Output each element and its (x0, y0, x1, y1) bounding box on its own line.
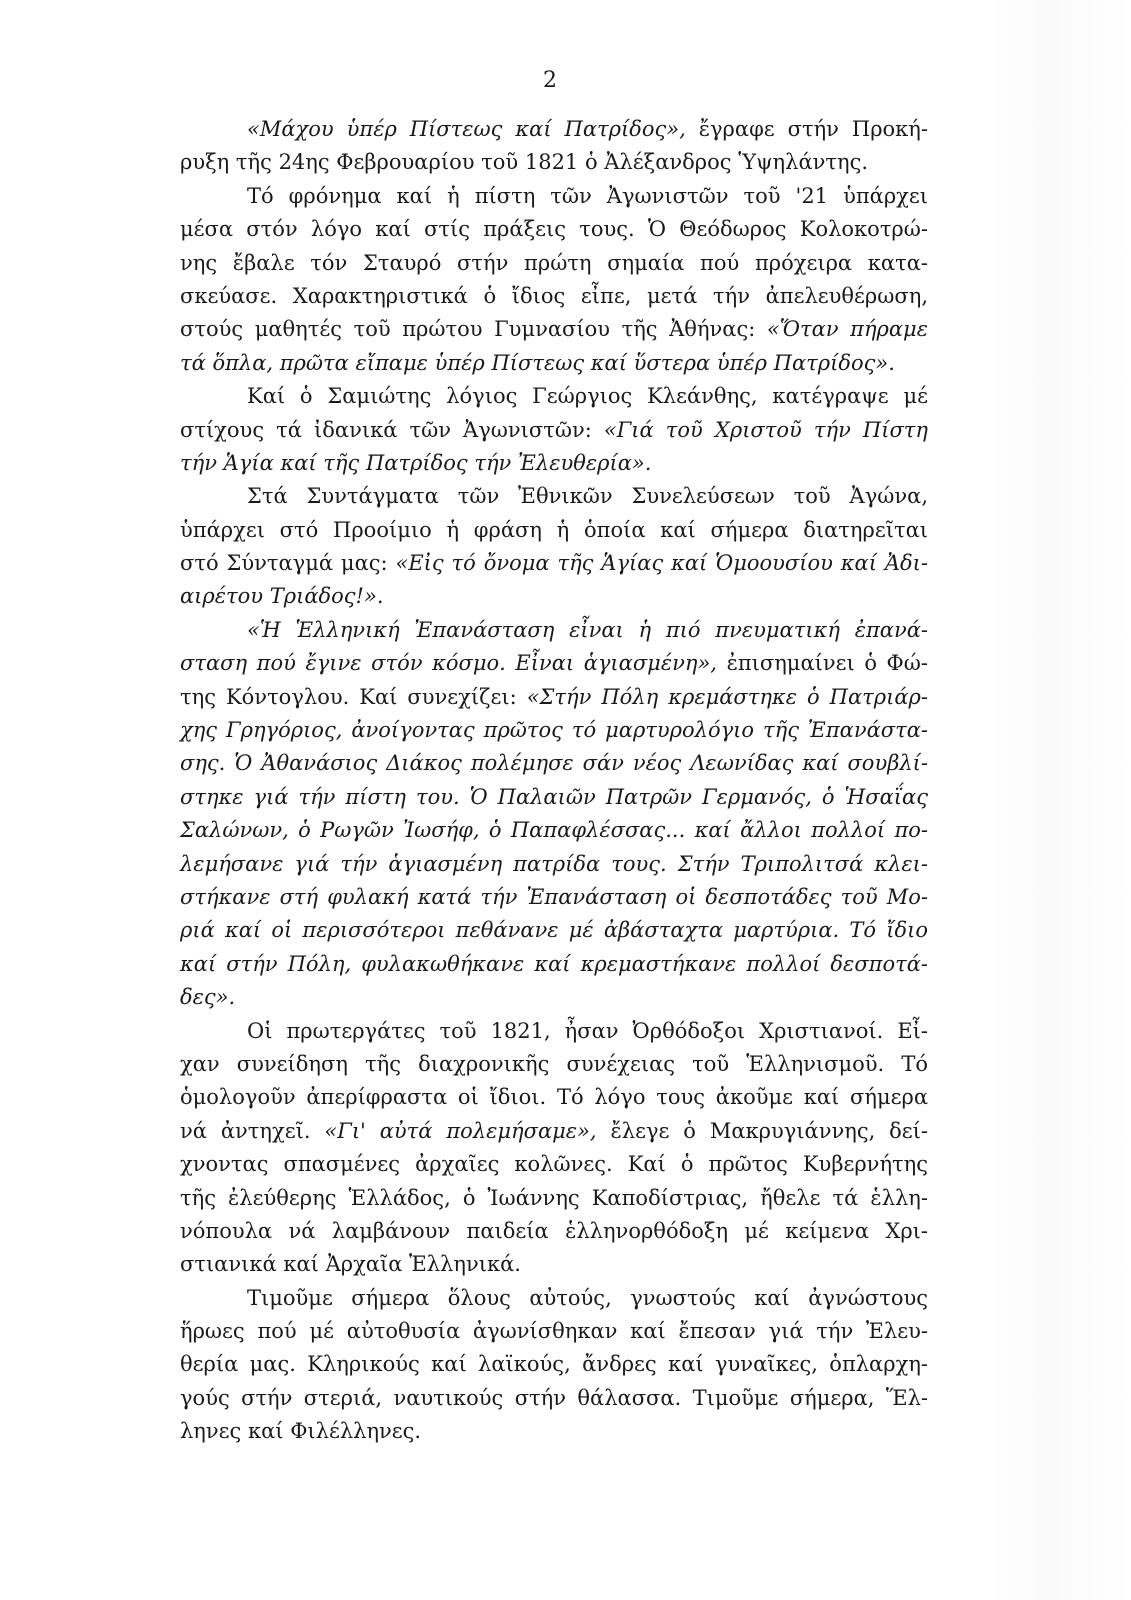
text-line: στό Σύνταγμά μας: «Εἰς τό ὄνομα τῆς Ἁγία… (180, 547, 928, 580)
body-text: νης ἔβαλε τόν Σταυρό στήν πρώτη σημαία π… (180, 251, 928, 275)
text-line: αιρέτου Τριάδος!». (180, 580, 928, 613)
text-line: στήκανε στή φυλακή κατά τήν Ἐπανάσταση ο… (180, 881, 928, 914)
quote-text: «Γιά τοῦ Χριστοῦ τήν Πίστη (604, 418, 928, 442)
quote-text: τήν Ἁγία καί τῆς Πατρίδος τήν Ἐλευθερία»… (180, 451, 651, 475)
paragraph: «Μάχου ὑπέρ Πίστεως καί Πατρίδος», ἔγραφ… (180, 113, 928, 180)
text-line: σταση πού ἔγινε στόν κόσμο. Εἶναι ἁγιασμ… (180, 647, 928, 680)
text-line: σης. Ὁ Ἀθανάσιος Διάκος πολέμησε σάν νέο… (180, 747, 928, 780)
text-line: Καί ὁ Σαμιώτης λόγιος Γεώργιος Κλεάνθης,… (180, 380, 928, 413)
body-text: ὑπάρχει στό Προοίμιο ἡ φράση ἡ ὁποία καί… (180, 518, 928, 542)
body-text: θερία μας. Κληρικούς καί λαϊκούς, ἄνδρες… (180, 1352, 928, 1376)
text-line: χαν συνείδηση τῆς διαχρονικῆς συνέχειας … (180, 1048, 928, 1081)
body-text: τῆς ἐλεύθερης Ἑλλάδος, ὁ Ἰωάννης Καποδίσ… (180, 1186, 928, 1210)
text-line: σκεύασε. Χαρακτηριστικά ὁ ἴδιος εἶπε, με… (180, 280, 928, 313)
paragraph: Οἱ πρωτεργάτες τοῦ 1821, ἦσαν Ὀρθόδοξοι … (180, 1015, 928, 1282)
text-line: ληνες καί Φιλέλληνες. (180, 1415, 928, 1448)
text-line: χνοντας σπασμένες ἀρχαῖες κολῶνες. Καί ὁ… (180, 1148, 928, 1181)
paragraph: Τιμοῦμε σήμερα ὅλους αὐτούς, γνωστούς κα… (180, 1282, 928, 1449)
body-text: ληνες καί Φιλέλληνες. (180, 1419, 421, 1443)
quote-text: σης. Ὁ Ἀθανάσιος Διάκος πολέμησε σάν νέο… (180, 751, 928, 775)
text-line: ὑπάρχει στό Προοίμιο ἡ φράση ἡ ὁποία καί… (180, 514, 928, 547)
body-text: της Κόντογλου. Καί συνεχίζει: (180, 685, 527, 709)
quote-text: χης Γρηγόριος, ἀνοίγοντας πρῶτος τό μαρτ… (180, 718, 928, 742)
body-text: νόπουλα νά λαμβάνουν παιδεία ἑλληνορθόδο… (180, 1219, 928, 1243)
text-line: ριά καί οἱ περισσότεροι πεθάνανε μέ ἀβάσ… (180, 914, 928, 947)
quote-text: «Ἡ Ἑλληνική Ἐπανάσταση εἶναι ἡ πιό πνευμ… (247, 618, 928, 642)
text-line: καί στήν Πόλη, φυλακωθήκανε καί κρεμαστή… (180, 948, 928, 981)
body-text: χαν συνείδηση τῆς διαχρονικῆς συνέχειας … (180, 1052, 928, 1076)
body-text: στό Σύνταγμά μας: (180, 551, 395, 575)
quote-text: δες». (180, 985, 235, 1009)
text-line: τῆς ἐλεύθερης Ἑλλάδος, ὁ Ἰωάννης Καποδίσ… (180, 1182, 928, 1215)
body-text: Οἱ πρωτεργάτες τοῦ 1821, ἦσαν Ὀρθόδοξοι … (247, 1019, 928, 1043)
document-body: «Μάχου ὑπέρ Πίστεως καί Πατρίδος», ἔγραφ… (180, 113, 928, 1449)
body-text: ἐπισημαίνει ὁ Φώ- (717, 651, 928, 675)
quote-text: «Ὅταν πήραμε (767, 317, 928, 341)
quote-text: «Εἰς τό ὄνομα τῆς Ἁγίας καί Ὁμοουσίου κα… (395, 551, 928, 575)
text-line: λεμήσανε γιά τήν ἁγιασμένη πατρίδα τους.… (180, 848, 928, 881)
text-line: στίχους τά ἰδανικά τῶν Ἀγωνιστῶν: «Γιά τ… (180, 414, 928, 447)
page-number: 2 (0, 66, 1100, 96)
text-line: χης Γρηγόριος, ἀνοίγοντας πρῶτος τό μαρτ… (180, 714, 928, 747)
text-line: Τό φρόνημα καί ἡ πίστη τῶν Ἀγωνιστῶν τοῦ… (180, 180, 928, 213)
text-line: ἥρωες πού μέ αὐτοθυσία ἀγωνίσθηκαν καί ἔ… (180, 1315, 928, 1348)
text-line: νης ἔβαλε τόν Σταυρό στήν πρώτη σημαία π… (180, 247, 928, 280)
text-line: νά ἀντηχεῖ. «Γι' αὐτά πολεμήσαμε», ἔλεγε… (180, 1115, 928, 1148)
quote-text: στηκε γιά τήν πίστη του. Ὁ Παλαιῶν Πατρῶ… (180, 785, 928, 809)
quote-text: «Γι' αὐτά πολεμήσαμε», (324, 1119, 596, 1143)
quote-text: σταση πού ἔγινε στόν κόσμο. Εἶναι ἁγιασμ… (180, 651, 717, 675)
text-line: νόπουλα νά λαμβάνουν παιδεία ἑλληνορθόδο… (180, 1215, 928, 1248)
text-line: Στά Συντάγματα τῶν Ἐθνικῶν Συνελεύσεων τ… (180, 480, 928, 513)
text-line: ὁμολογοῦν ἀπερίφραστα οἱ ἴδιοι. Τό λόγο … (180, 1081, 928, 1114)
quote-text: τά ὅπλα, πρῶτα εἴπαμε ὑπέρ Πίστεως καί ὕ… (180, 351, 895, 375)
body-text: χνοντας σπασμένες ἀρχαῖες κολῶνες. Καί ὁ… (180, 1152, 928, 1176)
body-text: ἥρωες πού μέ αὐτοθυσία ἀγωνίσθηκαν καί ἔ… (180, 1319, 928, 1343)
body-text: Τό φρόνημα καί ἡ πίστη τῶν Ἀγωνιστῶν τοῦ… (247, 184, 928, 208)
quote-text: στήκανε στή φυλακή κατά τήν Ἐπανάσταση ο… (180, 885, 928, 909)
body-text: ἔλεγε ὁ Μακρυγιάννης, δεί- (597, 1119, 928, 1143)
text-line: «Μάχου ὑπέρ Πίστεως καί Πατρίδος», ἔγραφ… (180, 113, 928, 146)
body-text: στιανικά καί Ἀρχαῖα Ἑλληνικά. (180, 1252, 521, 1276)
scan-shading (991, 0, 1131, 1600)
text-line: μέσα στόν λόγο καί στίς πράξεις τους. Ὁ … (180, 213, 928, 246)
body-text: ρυξη τῆς 24ης Φεβρουαρίου τοῦ 1821 ὁ Ἀλέ… (180, 150, 868, 174)
text-line: γούς στήν στεριά, ναυτικούς στήν θάλασσα… (180, 1382, 928, 1415)
body-text: Στά Συντάγματα τῶν Ἐθνικῶν Συνελεύσεων τ… (247, 484, 928, 508)
body-text: γούς στήν στεριά, ναυτικούς στήν θάλασσα… (180, 1386, 928, 1410)
body-text: νά ἀντηχεῖ. (180, 1119, 324, 1143)
quote-text: λεμήσανε γιά τήν ἁγιασμένη πατρίδα τους.… (180, 852, 928, 876)
text-line: της Κόντογλου. Καί συνεχίζει: «Στήν Πόλη… (180, 681, 928, 714)
body-text: ὁμολογοῦν ἀπερίφραστα οἱ ἴδιοι. Τό λόγο … (180, 1085, 928, 1109)
text-line: στηκε γιά τήν πίστη του. Ὁ Παλαιῶν Πατρῶ… (180, 781, 928, 814)
text-line: θερία μας. Κληρικούς καί λαϊκούς, ἄνδρες… (180, 1348, 928, 1381)
text-line: «Ἡ Ἑλληνική Ἐπανάσταση εἶναι ἡ πιό πνευμ… (180, 614, 928, 647)
quote-text: Σαλώνων, ὁ Ρωγῶν Ἰωσήφ, ὁ Παπαφλέσσας...… (180, 818, 928, 842)
paragraph: Στά Συντάγματα τῶν Ἐθνικῶν Συνελεύσεων τ… (180, 480, 928, 614)
quote-text: «Μάχου ὑπέρ Πίστεως καί Πατρίδος», (247, 117, 686, 141)
quote-text: «Στήν Πόλη κρεμάστηκε ὁ Πατριάρ- (527, 685, 928, 709)
body-text: στίχους τά ἰδανικά τῶν Ἀγωνιστῶν: (180, 418, 604, 442)
text-line: Σαλώνων, ὁ Ρωγῶν Ἰωσήφ, ὁ Παπαφλέσσας...… (180, 814, 928, 847)
paragraph: «Ἡ Ἑλληνική Ἐπανάσταση εἶναι ἡ πιό πνευμ… (180, 614, 928, 1015)
body-text: μέσα στόν λόγο καί στίς πράξεις τους. Ὁ … (180, 217, 928, 241)
text-line: Τιμοῦμε σήμερα ὅλους αὐτούς, γνωστούς κα… (180, 1282, 928, 1315)
body-text: Τιμοῦμε σήμερα ὅλους αὐτούς, γνωστούς κα… (247, 1286, 928, 1310)
body-text: σκεύασε. Χαρακτηριστικά ὁ ἴδιος εἶπε, με… (180, 284, 928, 308)
text-line: ρυξη τῆς 24ης Φεβρουαρίου τοῦ 1821 ὁ Ἀλέ… (180, 146, 928, 179)
quote-text: ριά καί οἱ περισσότεροι πεθάνανε μέ ἀβάσ… (180, 918, 928, 942)
paragraph: Καί ὁ Σαμιώτης λόγιος Γεώργιος Κλεάνθης,… (180, 380, 928, 480)
text-line: στούς μαθητές τοῦ πρώτου Γυμνασίου τῆς Ἀ… (180, 313, 928, 346)
body-text: στούς μαθητές τοῦ πρώτου Γυμνασίου τῆς Ἀ… (180, 317, 767, 341)
text-line: δες». (180, 981, 928, 1014)
body-text: ἔγραφε στήν Προκή- (686, 117, 928, 141)
text-line: τά ὅπλα, πρῶτα εἴπαμε ὑπέρ Πίστεως καί ὕ… (180, 347, 928, 380)
quote-text: αιρέτου Τριάδος!». (180, 584, 384, 608)
text-line: τήν Ἁγία καί τῆς Πατρίδος τήν Ἐλευθερία»… (180, 447, 928, 480)
body-text: Καί ὁ Σαμιώτης λόγιος Γεώργιος Κλεάνθης,… (247, 384, 928, 408)
quote-text: καί στήν Πόλη, φυλακωθήκανε καί κρεμαστή… (180, 952, 928, 976)
paragraph: Τό φρόνημα καί ἡ πίστη τῶν Ἀγωνιστῶν τοῦ… (180, 180, 928, 380)
text-line: Οἱ πρωτεργάτες τοῦ 1821, ἦσαν Ὀρθόδοξοι … (180, 1015, 928, 1048)
text-line: στιανικά καί Ἀρχαῖα Ἑλληνικά. (180, 1248, 928, 1281)
